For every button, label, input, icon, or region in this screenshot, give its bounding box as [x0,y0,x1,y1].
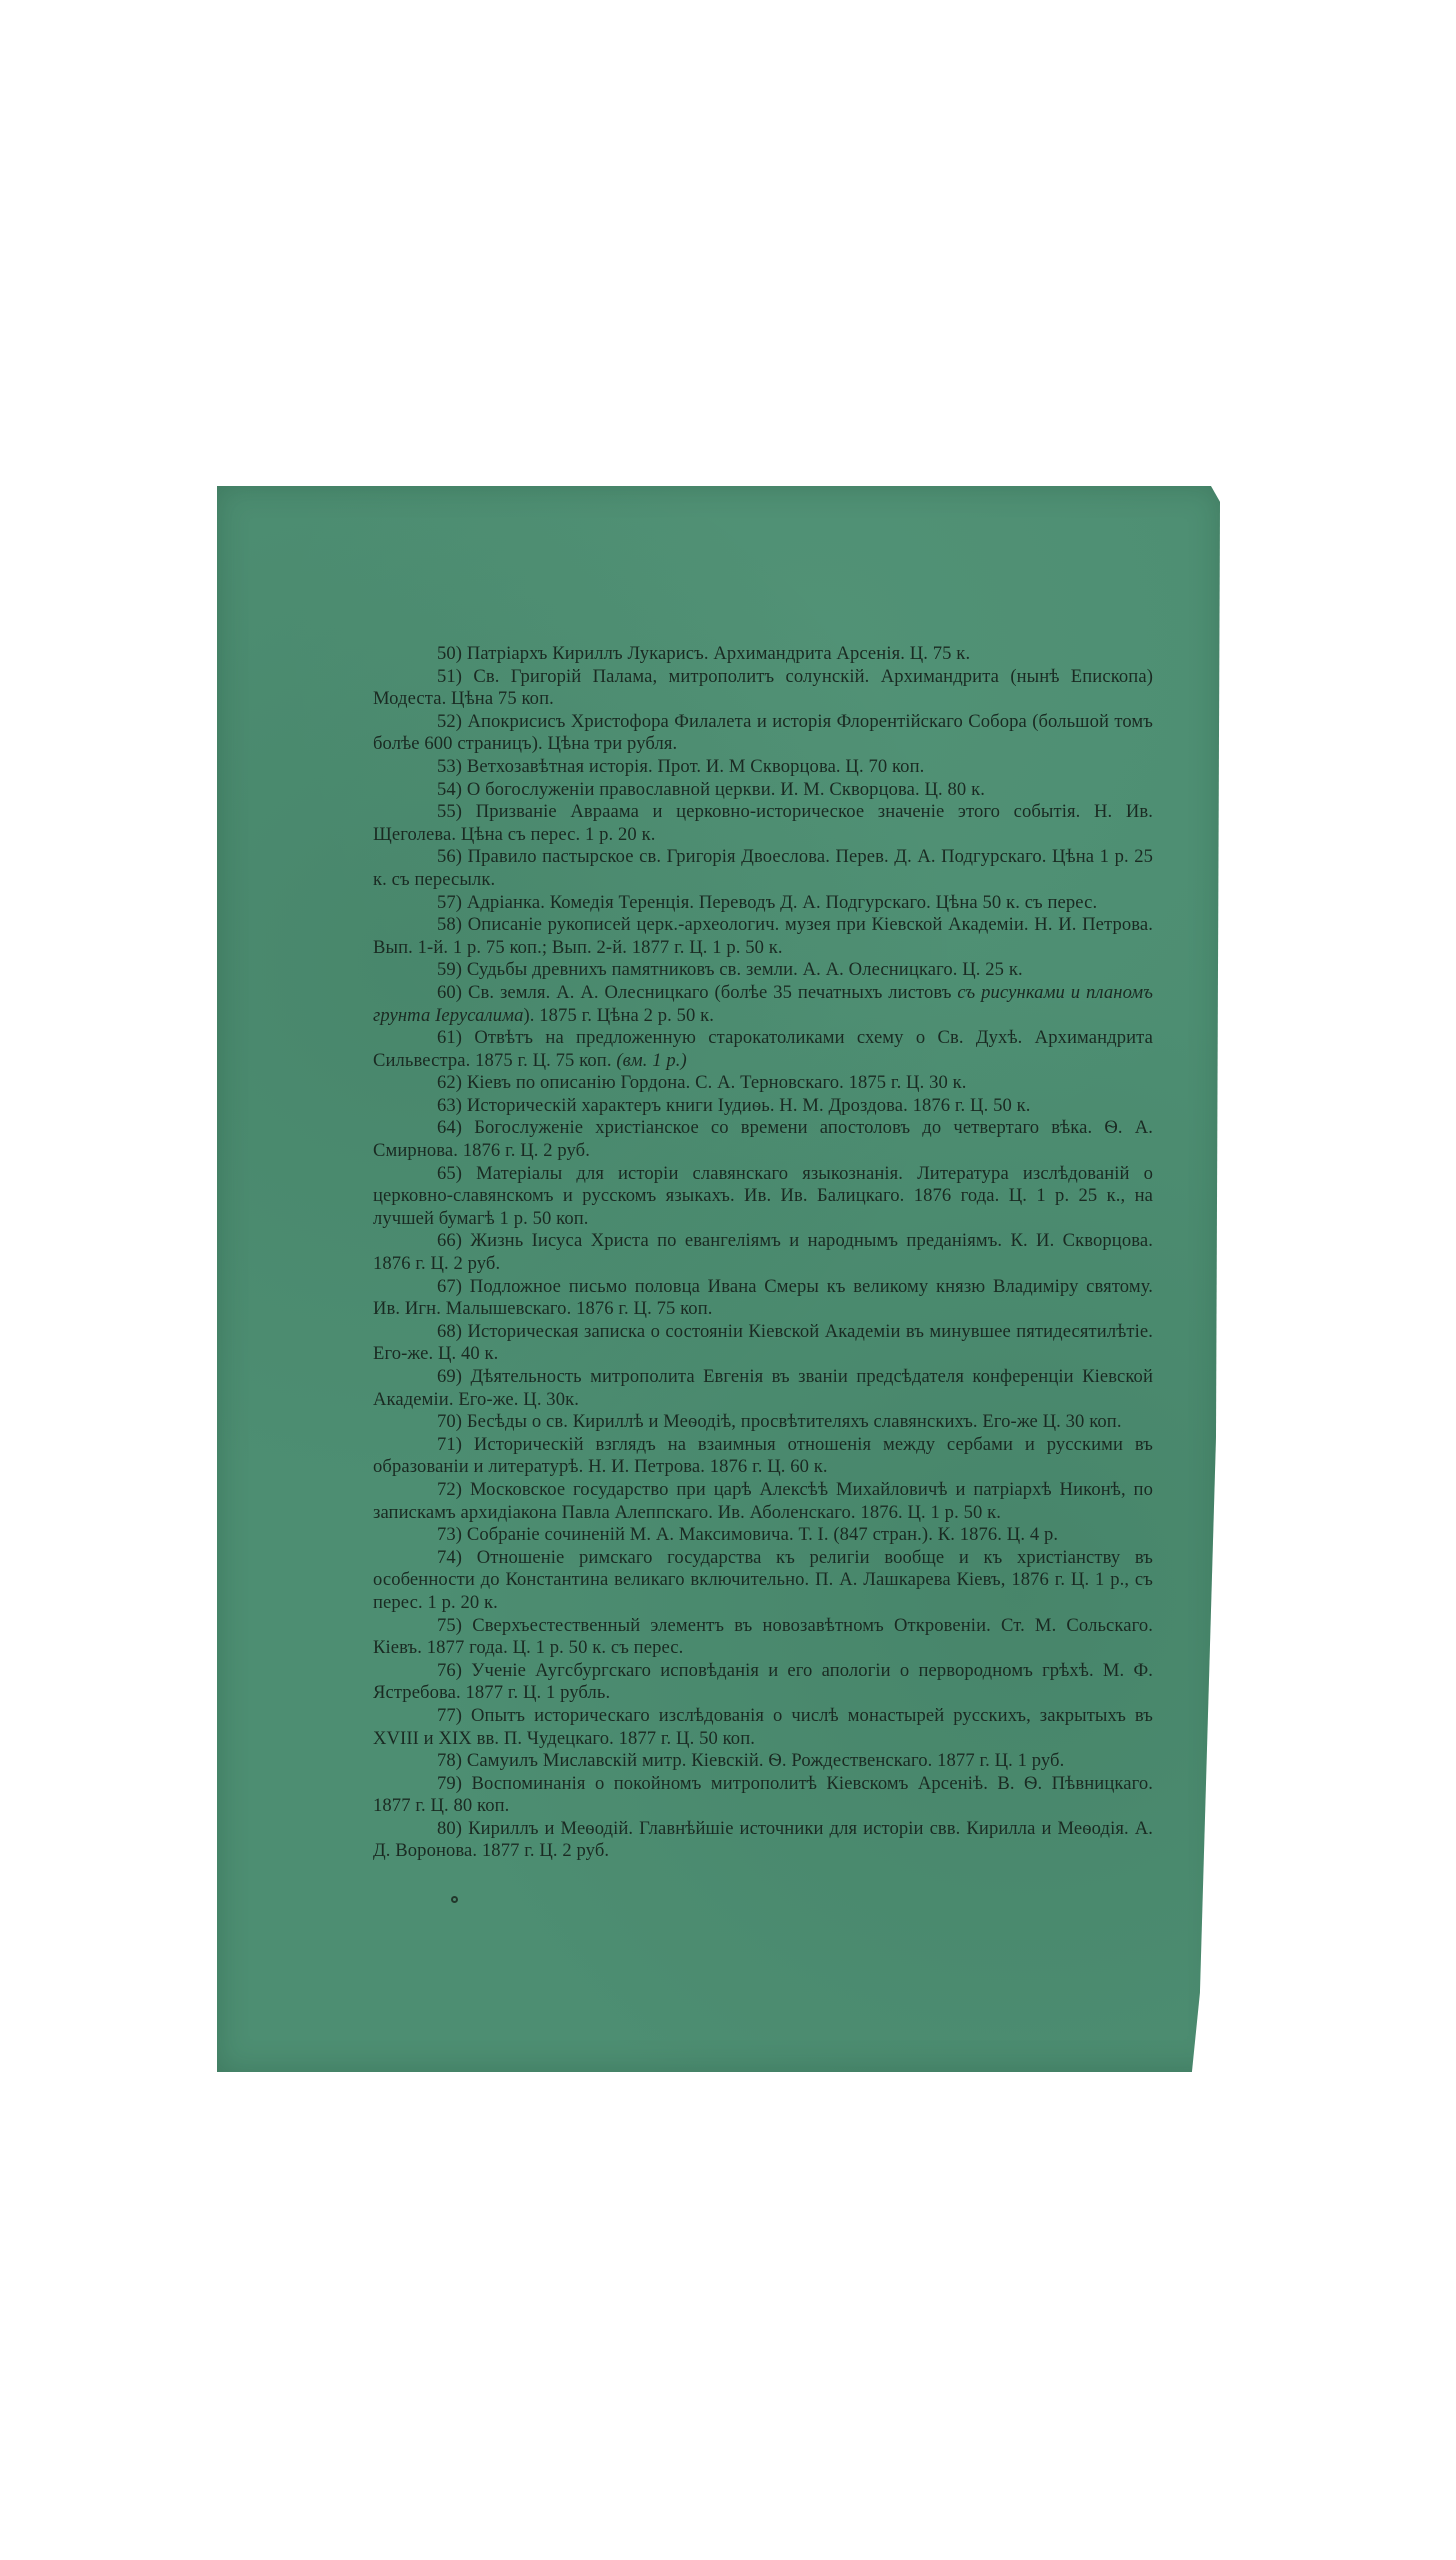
entry-text: Отвѣтъ на предложенную старокатоликами с… [373,1027,1153,1071]
catalog-entry: 58) Описаніе рукописей церк.-археологич.… [373,914,1153,959]
entry-text: Опытъ историческаго изслѣдованія о числѣ… [373,1705,1153,1749]
entry-text: Кіевъ по описанію Гордона. С. А. Терновс… [467,1072,967,1093]
entry-number: 73) [437,1524,462,1545]
entry-number: 56) [437,846,462,867]
entry-text: Правило пастырское св. Григорія Двоеслов… [373,846,1153,890]
catalog-entry: 59) Судьбы древнихъ памятниковъ св. земл… [373,959,1153,982]
catalog-entry: 57) Адріанка. Комедія Теренція. Переводъ… [373,892,1153,915]
entry-number: 69) [437,1366,462,1387]
printed-page: 50) Патріархъ Кириллъ Лукарисъ. Архиманд… [217,486,1220,2072]
catalog-entry: 55) Призваніе Авраама и церковно-историч… [373,801,1153,846]
entry-number: 80) [437,1818,462,1839]
entry-number: 60) [437,982,462,1003]
entry-number: 75) [437,1615,462,1636]
entry-text: Матеріалы для исторіи славянскаго языкоз… [373,1163,1153,1229]
entry-text: Богослуженіе христіанское со времени апо… [373,1117,1153,1161]
entry-text: Дѣятельность митрополита Евгенія въ зван… [373,1366,1153,1410]
entry-number: 58) [437,914,462,935]
entry-text: Историческій характеръ книги Іудиѳь. Н. … [467,1095,1031,1116]
entry-text: О богослуженіи православной церкви. И. М… [467,779,985,800]
entry-number: 57) [437,892,462,913]
entry-text: Св. Григорій Палама, митрополитъ солунск… [373,666,1153,710]
catalog-entry: 64) Богослуженіе христіанское со времени… [373,1117,1153,1162]
catalog-entry: 63) Историческій характеръ книги Іудиѳь.… [373,1095,1153,1118]
catalog-list: 50) Патріархъ Кириллъ Лукарисъ. Архиманд… [373,643,1153,1863]
entry-number: 77) [437,1705,462,1726]
entry-number: 59) [437,959,462,980]
entry-number: 54) [437,779,462,800]
entry-number: 74) [437,1547,462,1568]
entry-number: 68) [437,1321,462,1342]
entry-number: 76) [437,1660,462,1681]
entry-number: 50) [437,643,462,664]
paper-speck [451,1896,458,1903]
entry-text: Воспоминанія о покойномъ митрополитѣ Кіе… [373,1773,1153,1817]
entry-number: 78) [437,1750,462,1771]
entry-number: 66) [437,1230,462,1251]
catalog-entry: 74) Отношеніе римскаго государства къ ре… [373,1547,1153,1615]
entry-number: 65) [437,1163,462,1184]
catalog-entry: 67) Подложное письмо половца Ивана Смеры… [373,1276,1153,1321]
entry-number: 72) [437,1479,462,1500]
catalog-entry: 61) Отвѣтъ на предложенную старокатолика… [373,1027,1153,1072]
catalog-entry: 79) Воспоминанія о покойномъ митрополитѣ… [373,1773,1153,1818]
catalog-entry: 68) Историческая записка о состояніи Кіе… [373,1321,1153,1366]
entry-text: Судьбы древнихъ памятниковъ св. земли. А… [467,959,1023,980]
catalog-entry: 65) Матеріалы для исторіи славянскаго яз… [373,1163,1153,1231]
entry-number: 52) [437,711,462,732]
entry-text: Призваніе Авраама и церковно-историческо… [373,801,1153,845]
entry-number: 71) [437,1434,462,1455]
entry-number: 63) [437,1095,462,1116]
entry-text: Ветхозавѣтная исторія. Прот. И. М Скворц… [467,756,925,777]
entry-text: Сверхъестественный элементъ въ новозавѣт… [373,1615,1153,1659]
entry-text: Самуилъ Миславскій митр. Кіевскій. Ѳ. Ро… [467,1750,1065,1771]
entry-text: Подложное письмо половца Ивана Смеры къ … [373,1276,1153,1320]
catalog-entry: 75) Сверхъестественный элементъ въ новоз… [373,1615,1153,1660]
entry-text: Св. земля. А. А. Олесницкаго (болѣе 35 п… [468,982,957,1003]
catalog-entry: 69) Дѣятельность митрополита Евгенія въ … [373,1366,1153,1411]
entry-text-tail: ). 1875 г. Цѣна 2 р. 50 к. [523,1005,714,1026]
entry-text: Адріанка. Комедія Теренція. Переводъ Д. … [467,892,1097,913]
catalog-entry: 53) Ветхозавѣтная исторія. Прот. И. М Ск… [373,756,1153,779]
entry-number: 51) [437,666,462,687]
entry-text: Бесѣды о св. Кириллѣ и Меѳодіѣ, просвѣти… [467,1411,1122,1432]
catalog-entry: 72) Московское государство при царѣ Алек… [373,1479,1153,1524]
entry-number: 55) [437,801,462,822]
entry-number: 67) [437,1276,462,1297]
entry-text: Описаніе рукописей церк.-археологич. муз… [373,914,1153,958]
catalog-entry: 52) Апокрисисъ Христофора Филалета и ист… [373,711,1153,756]
catalog-entry: 80) Кириллъ и Меѳодій. Главнѣйшіе источн… [373,1818,1153,1863]
entry-text: Апокрисисъ Христофора Филалета и исторія… [373,711,1153,755]
catalog-entry: 70) Бесѣды о св. Кириллѣ и Меѳодіѣ, прос… [373,1411,1153,1434]
entry-number: 70) [437,1411,462,1432]
catalog-entry: 50) Патріархъ Кириллъ Лукарисъ. Архиманд… [373,643,1153,666]
entry-text: Московское государство при царѣ Алексѣѣ … [373,1479,1153,1523]
entry-text: Патріархъ Кириллъ Лукарисъ. Архимандрита… [467,643,970,664]
entry-text: Ученіе Аугсбургскаго исповѣданія и его а… [373,1660,1153,1704]
entry-text: Отношеніе римскаго государства къ религі… [373,1547,1153,1613]
catalog-entry: 76) Ученіе Аугсбургскаго исповѣданія и е… [373,1660,1153,1705]
entry-number: 61) [437,1027,462,1048]
entry-text: Собраніе сочиненій М. А. Максимовича. Т.… [467,1524,1058,1545]
catalog-entry: 54) О богослуженіи православной церкви. … [373,779,1153,802]
entry-italic-text: (вм. 1 р.) [616,1050,687,1071]
catalog-entry: 71) Историческій взглядъ на взаимныя отн… [373,1434,1153,1479]
entry-text: Историческій взглядъ на взаимныя отношен… [373,1434,1153,1478]
entry-number: 53) [437,756,462,777]
catalog-entry: 77) Опытъ историческаго изслѣдованія о ч… [373,1705,1153,1750]
entry-text: Кириллъ и Меѳодій. Главнѣйшіе источники … [373,1818,1153,1862]
catalog-entry: 78) Самуилъ Миславскій митр. Кіевскій. Ѳ… [373,1750,1153,1773]
entry-number: 62) [437,1072,462,1093]
catalog-entry: 56) Правило пастырское св. Григорія Двое… [373,846,1153,891]
catalog-entry: 60) Св. земля. А. А. Олесницкаго (болѣе … [373,982,1153,1027]
entry-text: Историческая записка о состояніи Кіевско… [373,1321,1153,1365]
catalog-entry: 66) Жизнь Іисуса Христа по евангеліямъ и… [373,1230,1153,1275]
entry-number: 79) [437,1773,462,1794]
entry-text: Жизнь Іисуса Христа по евангеліямъ и нар… [373,1230,1153,1274]
catalog-entry: 73) Собраніе сочиненій М. А. Максимовича… [373,1524,1153,1547]
entry-number: 64) [437,1117,462,1138]
catalog-entry: 62) Кіевъ по описанію Гордона. С. А. Тер… [373,1072,1153,1095]
catalog-entry: 51) Св. Григорій Палама, митрополитъ сол… [373,666,1153,711]
